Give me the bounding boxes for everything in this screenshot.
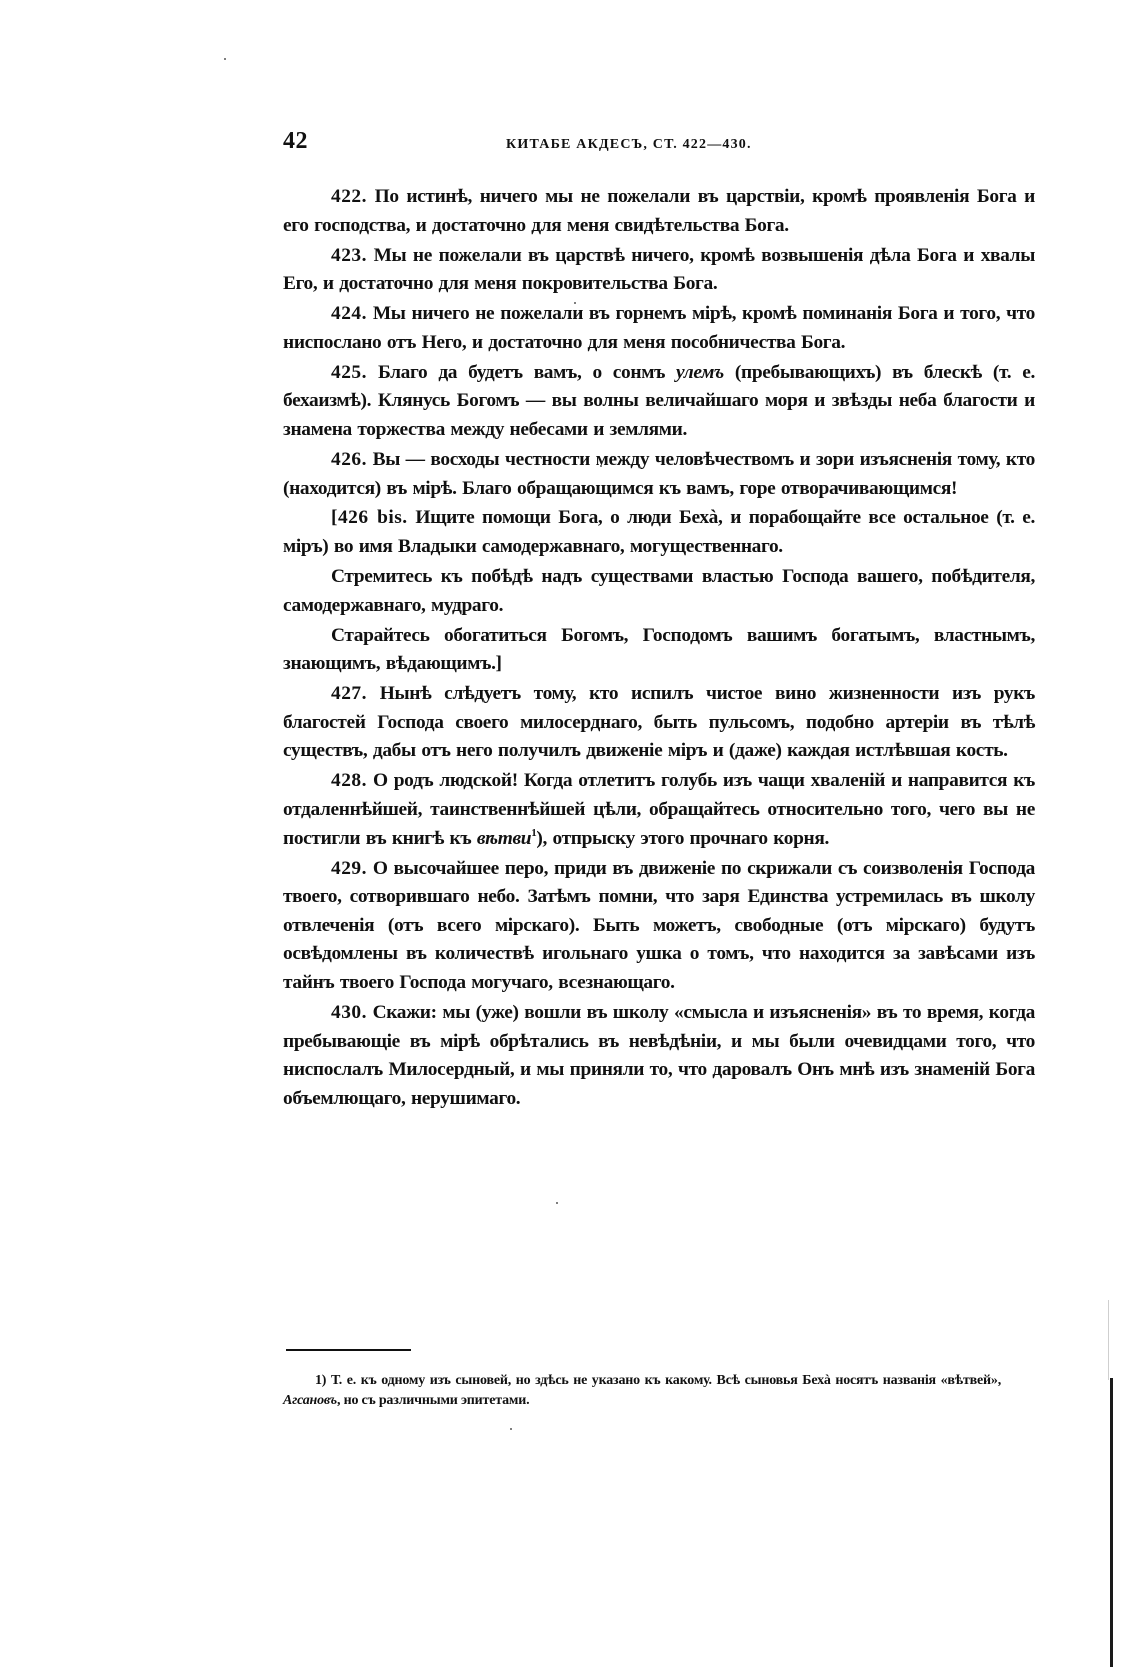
verse-422: 422. По истинѣ, ничего мы не пожелали въ… xyxy=(283,183,1035,240)
verse-423: 423. Мы не пожелали въ царствѣ ничего, к… xyxy=(283,242,1035,299)
verse-number: 423. xyxy=(331,245,367,266)
verse-number: 424. xyxy=(331,303,367,324)
italic-term: вѣтви xyxy=(477,828,531,849)
verse-number: 429. xyxy=(331,858,367,879)
footnote-separator-rule xyxy=(286,1349,411,1351)
verse-430: 430. Скажи: мы (уже) вошли въ школу «смы… xyxy=(283,999,1035,1113)
verse-number: 430. xyxy=(331,1002,367,1023)
verse-text: Стремитесь къ побѣдѣ надъ существами вла… xyxy=(283,566,1035,616)
verse-text: Мы ничего не пожелали въ горнемъ мірѣ, к… xyxy=(283,303,1035,353)
verse-426-bis: [426 bis. Ищите помощи Бога, о люди Бехà… xyxy=(283,504,1035,561)
footnote-marker: 1) xyxy=(315,1373,326,1388)
verse-number: 426. xyxy=(331,449,367,470)
verse-number: 422. xyxy=(331,186,367,207)
verse-text: Скажи: мы (уже) вошли въ школу «смысла и… xyxy=(283,1002,1035,1109)
scan-edge-shadow xyxy=(1108,1300,1109,1380)
verse-text: По истинѣ, ничего мы не пожелали въ царс… xyxy=(283,186,1035,236)
verse-427: 427. Нынѣ слѣдуетъ тому, кто испилъ чист… xyxy=(283,680,1035,766)
scan-speck xyxy=(600,465,602,467)
scan-page-edge xyxy=(1110,1378,1113,1667)
verse-426-bis-part-2: Стремитесь къ побѣдѣ надъ существами вла… xyxy=(283,563,1035,620)
running-title: КИТАБЕ АКДЕСЪ, СТ. 422—430. xyxy=(506,137,752,153)
running-head: 42 КИТАБЕ АКДЕСЪ, СТ. 422—430. xyxy=(283,128,1033,158)
verse-429: 429. О высочайшее перо, приди въ движені… xyxy=(283,855,1035,998)
verse-428: 428. О родъ людской! Когда отлетитъ голу… xyxy=(283,767,1035,853)
footnote-1: 1) Т. е. къ одному изъ сыновей, но здѣсь… xyxy=(283,1371,1001,1411)
scan-speck xyxy=(556,1202,558,1204)
verse-425: 425. Благо да будетъ вамъ, о сонмъ улемъ… xyxy=(283,359,1035,445)
verse-number: 428. xyxy=(331,770,367,791)
scan-speck xyxy=(510,1428,512,1430)
verse-text: Старайтесь обогатиться Богомъ, Господомъ… xyxy=(283,625,1035,675)
verse-number: [426 bis. xyxy=(331,507,408,528)
scan-speck xyxy=(574,302,576,304)
verse-text: Вы — восходы честности между человѣчеств… xyxy=(283,449,1035,499)
scan-speck xyxy=(224,58,226,60)
italic-term: Агсановъ xyxy=(283,1393,337,1408)
page-number: 42 xyxy=(283,128,308,155)
italic-term: улемъ xyxy=(676,362,724,383)
body-text: 422. По истинѣ, ничего мы не пожелали въ… xyxy=(283,183,1035,1115)
verse-text-continued: ), отпрыску этого прочнаго корня. xyxy=(536,828,829,849)
footnote-text: Т. е. къ одному изъ сыновей, но здѣсь не… xyxy=(331,1373,1001,1388)
verse-number: 427. xyxy=(331,683,367,704)
footnotes: 1) Т. е. къ одному изъ сыновей, но здѣсь… xyxy=(283,1371,1001,1411)
verse-text: Мы не пожелали въ царствѣ ничего, кромѣ … xyxy=(283,245,1035,295)
verse-text: О высочайшее перо, приди въ движеніе по … xyxy=(283,858,1035,993)
verse-text: Нынѣ слѣдуетъ тому, кто испилъ чистое ви… xyxy=(283,683,1035,761)
scanned-book-page: 42 КИТАБЕ АКДЕСЪ, СТ. 422—430. 422. По и… xyxy=(0,0,1140,1667)
verse-426: 426. Вы — восходы честности между человѣ… xyxy=(283,446,1035,503)
verse-426-bis-part-3: Старайтесь обогатиться Богомъ, Господомъ… xyxy=(283,622,1035,679)
verse-424: 424. Мы ничего не пожелали въ горнемъ мі… xyxy=(283,300,1035,357)
verse-number: 425. xyxy=(331,362,367,383)
verse-text: Благо да будетъ вамъ, о сонмъ xyxy=(378,362,676,383)
footnote-text-continued: , но съ различными эпитетами. xyxy=(337,1393,529,1408)
